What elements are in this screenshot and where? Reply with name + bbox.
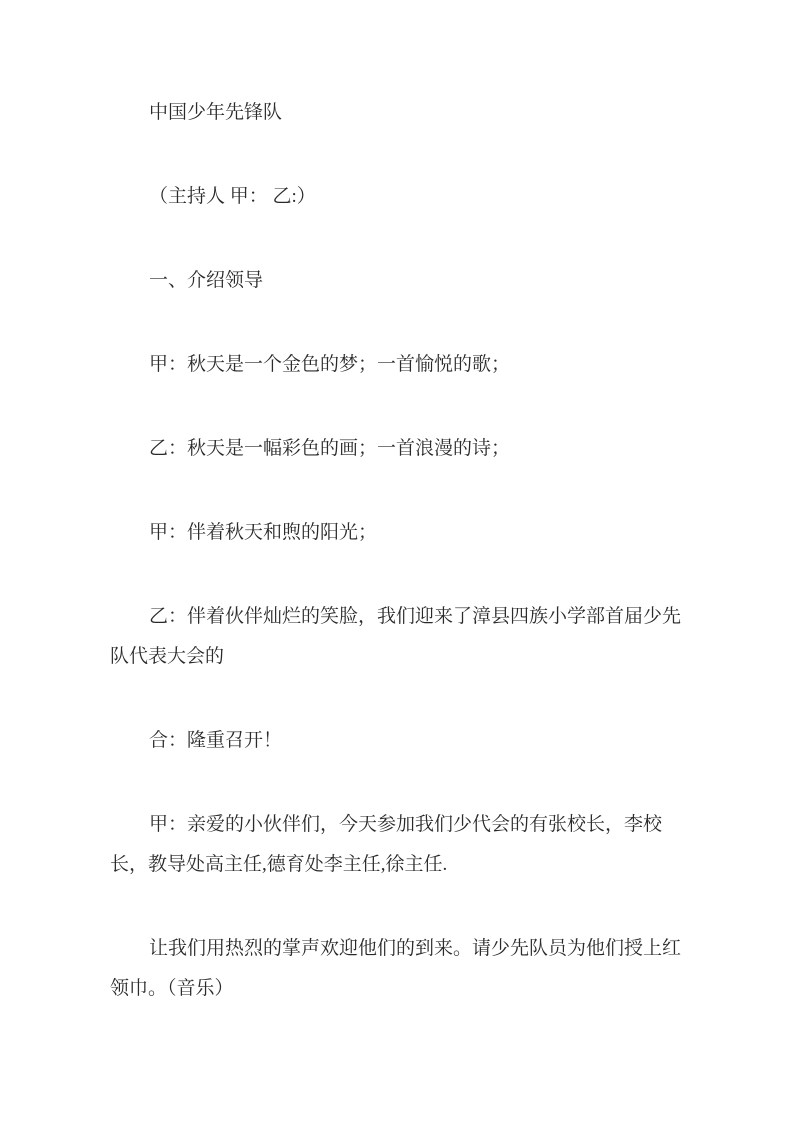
speech-he: 合：隆重召开！ <box>110 721 683 761</box>
speech-jia-3: 甲：亲爱的小伙伴们，今天参加我们少代会的有张校长，李校长，教导处高主任,德育处李… <box>110 805 683 885</box>
speech-yi-2: 乙：伴着伙伴灿烂的笑脸，我们迎来了漳县四族小学部首届少先队代表大会的 <box>110 597 683 677</box>
speech-jia-2: 甲：伴着秋天和煦的阳光； <box>110 513 683 553</box>
section-heading: 一、介绍领导 <box>110 261 683 301</box>
closing-line: 让我们用热烈的掌声欢迎他们的到来。请少先队员为他们授上红领巾。（音乐） <box>110 929 683 1009</box>
speech-yi-1: 乙：秋天是一幅彩色的画；一首浪漫的诗； <box>110 429 683 469</box>
speech-jia-1: 甲：秋天是一个金色的梦；一首愉悦的歌； <box>110 345 683 385</box>
document-page: 中国少年先锋队 （主持人 甲： 乙:） 一、介绍领导 甲：秋天是一个金色的梦；一… <box>0 0 793 1122</box>
hosts-line: （主持人 甲： 乙:） <box>110 177 683 217</box>
doc-title-line: 中国少年先锋队 <box>110 93 683 133</box>
